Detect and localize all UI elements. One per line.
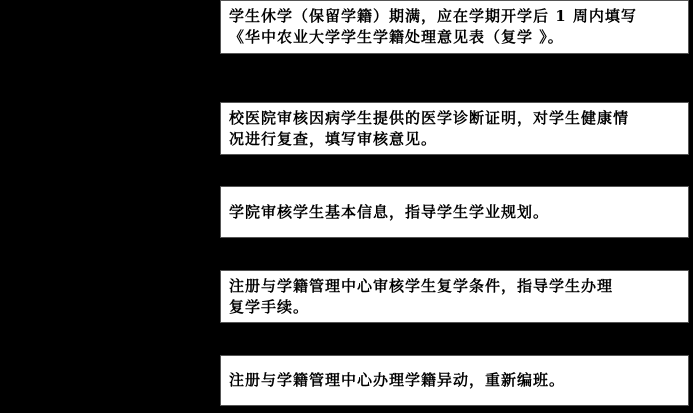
step-box-submit-form: 学生休学（保留学籍）期满，应在学期开学后 1 周内填写 《华中农业大学学生学籍处… — [220, 0, 689, 54]
step-text: 校医院审核因病学生提供的医学诊断证明，对学生健康情 况进行复查，填写审核意见。 — [229, 108, 629, 150]
step-text: 学生休学（保留学籍）期满，应在学期开学后 1 周内填写 《华中农业大学学生学籍处… — [229, 6, 637, 48]
step-box-status-change: 注册与学籍管理中心办理学籍异动，重新编班。 — [220, 355, 689, 406]
step-text: 注册与学籍管理中心办理学籍异动，重新编班。 — [229, 370, 565, 391]
step-box-hospital-review: 校医院审核因病学生提供的医学诊断证明，对学生健康情 况进行复查，填写审核意见。 — [220, 102, 689, 155]
step-text: 注册与学籍管理中心审核学生复学条件，指导学生办理 复学手续。 — [229, 276, 613, 318]
step-box-college-review: 学院审核学生基本信息，指导学生学业规划。 — [220, 186, 689, 238]
step-text: 学院审核学生基本信息，指导学生学业规划。 — [229, 202, 549, 223]
step-box-registry-review: 注册与学籍管理中心审核学生复学条件，指导学生办理 复学手续。 — [220, 270, 689, 323]
